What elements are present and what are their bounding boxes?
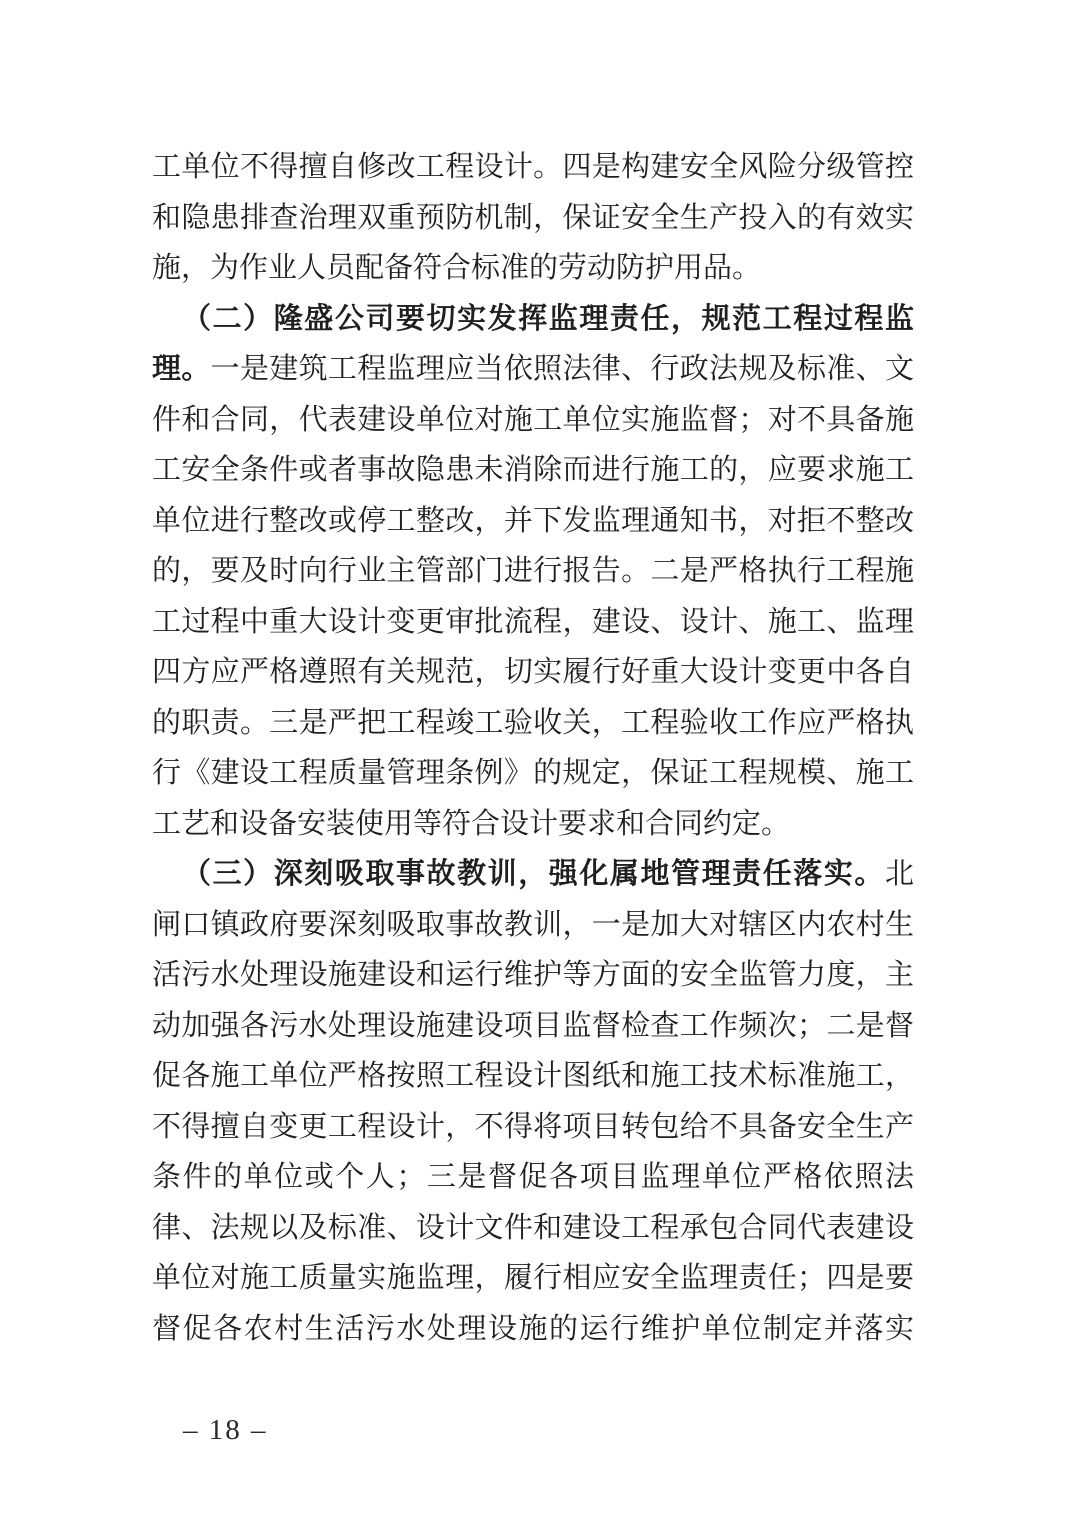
text-line: 工过程中重大设计变更审批流程，建设、设计、施工、监理 bbox=[152, 597, 914, 648]
body-segment: 和隐患排查治理双重预防机制，保证安全生产投入的有效实 bbox=[152, 202, 914, 234]
page-number: – 18 – bbox=[183, 1414, 268, 1446]
body-segment: 的，要及时向行业主管部门进行报告。二是严格执行工程施 bbox=[152, 555, 914, 587]
text-line: 活污水处理设施建设和运行维护等方面的安全监管力度，主 bbox=[152, 950, 914, 1001]
body-segment: 工安全条件或者事故隐患未消除而进行施工的，应要求施工 bbox=[152, 454, 914, 486]
body-segment: 律、法规以及标准、设计文件和建设工程承包合同代表建设 bbox=[152, 1212, 914, 1244]
body-segment: 促各施工单位严格按照工程设计图纸和施工技术标准施工， bbox=[152, 1060, 914, 1092]
text-line: 理。一是建筑工程监理应当依照法律、行政法规及标准、文 bbox=[152, 344, 914, 395]
body-segment: 不得擅自变更工程设计，不得将项目转包给不具备安全生产 bbox=[152, 1111, 914, 1143]
heading-segment: （二）隆盛公司要切实发挥监理责任，规范工程过程监 bbox=[182, 303, 914, 335]
text-line: 促各施工单位严格按照工程设计图纸和施工技术标准施工， bbox=[152, 1051, 914, 1102]
text-line: 工单位不得擅自修改工程设计。四是构建安全风险分级管控 bbox=[152, 142, 914, 193]
body-segment: 单位对施工质量实施监理，履行相应安全监理责任；四是要 bbox=[152, 1262, 914, 1294]
text-line: 件和合同，代表建设单位对施工单位实施监督；对不具备施 bbox=[152, 395, 914, 446]
body-segment: 工过程中重大设计变更审批流程，建设、设计、施工、监理 bbox=[152, 606, 914, 638]
text-line: 单位对施工质量实施监理，履行相应安全监理责任；四是要 bbox=[152, 1253, 914, 1304]
body-segment: 施，为作业人员配备符合标准的劳动防护用品。 bbox=[152, 252, 761, 284]
body-segment: 一是建筑工程监理应当依照法律、行政法规及标准、文 bbox=[211, 353, 914, 385]
body-segment: 条件的单位或个人；三是督促各项目监理单位严格依照法 bbox=[152, 1161, 914, 1193]
body-segment: 单位进行整改或停工整改，并下发监理通知书，对拒不整改 bbox=[152, 505, 914, 537]
text-line: 的职责。三是严把工程竣工验收关，工程验收工作应严格执 bbox=[152, 698, 914, 749]
body-segment: 动加强各污水处理设施建设项目监督检查工作频次；二是督 bbox=[152, 1010, 914, 1042]
text-line: 工艺和设备安装使用等符合设计要求和合同约定。 bbox=[152, 799, 914, 850]
text-line: 动加强各污水处理设施建设项目监督检查工作频次；二是督 bbox=[152, 1001, 914, 1052]
body-segment: 的职责。三是严把工程竣工验收关，工程验收工作应严格执 bbox=[152, 707, 914, 739]
text-line: 闸口镇政府要深刻吸取事故教训，一是加大对辖区内农村生 bbox=[152, 900, 914, 951]
text-line: 督促各农村生活污水处理设施的运行维护单位制定并落实 bbox=[152, 1304, 914, 1355]
text-line: 施，为作业人员配备符合标准的劳动防护用品。 bbox=[152, 243, 914, 294]
text-line: 工安全条件或者事故隐患未消除而进行施工的，应要求施工 bbox=[152, 445, 914, 496]
text-line: 的，要及时向行业主管部门进行报告。二是严格执行工程施 bbox=[152, 546, 914, 597]
body-segment: 四方应严格遵照有关规范，切实履行好重大设计变更中各自 bbox=[152, 656, 914, 688]
text-line: 行《建设工程质量管理条例》的规定，保证工程规模、施工 bbox=[152, 748, 914, 799]
text-line: 不得擅自变更工程设计，不得将项目转包给不具备安全生产 bbox=[152, 1102, 914, 1153]
body-segment: 督促各农村生活污水处理设施的运行维护单位制定并落实 bbox=[152, 1313, 914, 1345]
text-line: 律、法规以及标准、设计文件和建设工程承包合同代表建设 bbox=[152, 1203, 914, 1254]
text-column: 工单位不得擅自修改工程设计。四是构建安全风险分级管控 和隐患排查治理双重预防机制… bbox=[152, 142, 914, 1354]
body-segment: 北 bbox=[885, 858, 914, 890]
text-line: 四方应严格遵照有关规范，切实履行好重大设计变更中各自 bbox=[152, 647, 914, 698]
heading-segment: （三）深刻吸取事故教训，强化属地管理责任落实。 bbox=[182, 858, 885, 890]
text-line: 和隐患排查治理双重预防机制，保证安全生产投入的有效实 bbox=[152, 193, 914, 244]
text-line-heading: （二）隆盛公司要切实发挥监理责任，规范工程过程监 bbox=[152, 294, 914, 345]
document-page: 工单位不得擅自修改工程设计。四是构建安全风险分级管控 和隐患排查治理双重预防机制… bbox=[0, 0, 1080, 1527]
heading-segment: 理。 bbox=[152, 353, 211, 385]
text-line-heading: （三）深刻吸取事故教训，强化属地管理责任落实。北 bbox=[152, 849, 914, 900]
text-line: 单位进行整改或停工整改，并下发监理通知书，对拒不整改 bbox=[152, 496, 914, 547]
body-segment: 活污水处理设施建设和运行维护等方面的安全监管力度，主 bbox=[152, 959, 914, 991]
body-segment: 工单位不得擅自修改工程设计。四是构建安全风险分级管控 bbox=[152, 151, 914, 183]
text-line: 条件的单位或个人；三是督促各项目监理单位严格依照法 bbox=[152, 1152, 914, 1203]
body-segment: 闸口镇政府要深刻吸取事故教训，一是加大对辖区内农村生 bbox=[152, 909, 914, 941]
body-segment: 工艺和设备安装使用等符合设计要求和合同约定。 bbox=[152, 808, 790, 840]
body-segment: 行《建设工程质量管理条例》的规定，保证工程规模、施工 bbox=[152, 757, 914, 789]
body-segment: 件和合同，代表建设单位对施工单位实施监督；对不具备施 bbox=[152, 404, 914, 436]
